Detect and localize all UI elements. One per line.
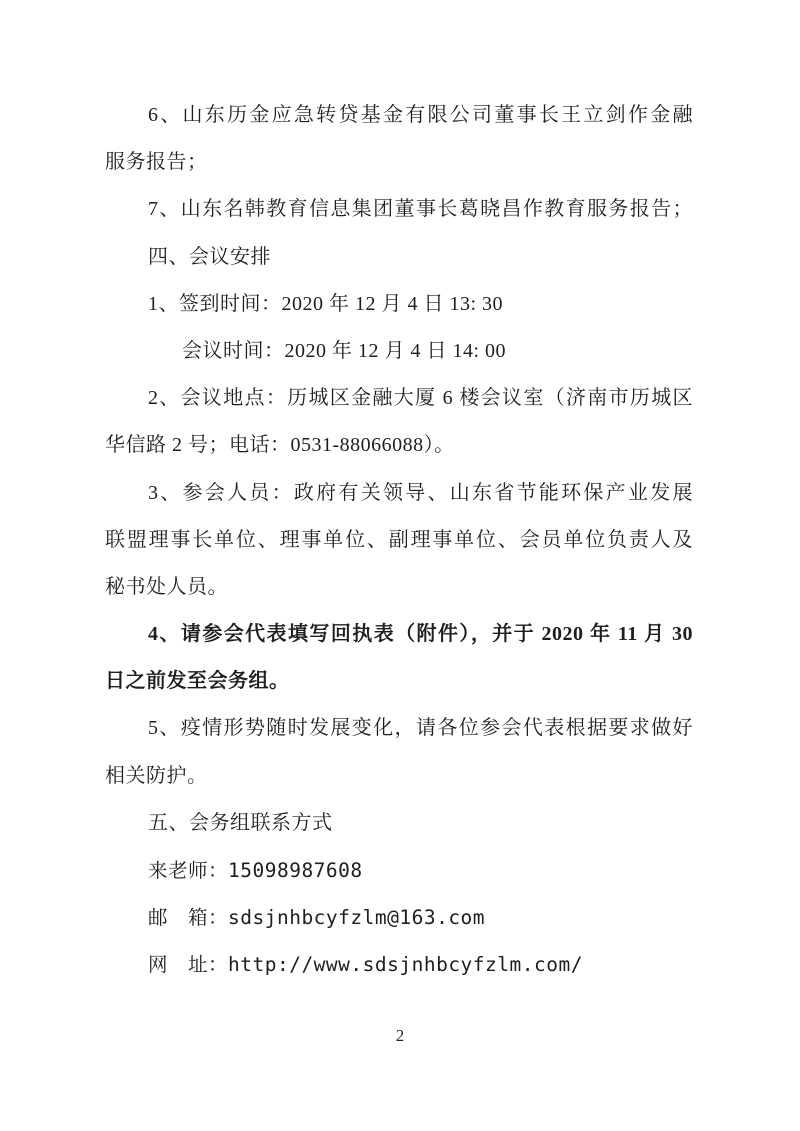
text-line: 1、签到时间：2020 年 12 月 4 日 13: 30 — [105, 281, 693, 328]
text-line: 5、疫情形势随时发展变化，请各位参会代表根据要求做好 — [105, 705, 693, 752]
text-line: 2、会议地点：历城区金融大厦 6 楼会议室（济南市历城区 — [105, 375, 693, 422]
page-number: 2 — [0, 1026, 800, 1046]
text-line-emphasized: 4、请参会代表填写回执表（附件），并于 2020 年 11 月 30 — [105, 611, 693, 658]
text-line: 服务报告； — [105, 139, 693, 186]
text-line: 相关防护。 — [105, 753, 693, 800]
contact-email-line: 邮 箱：sdsjnhbcyfzlm@163.com — [105, 894, 693, 941]
text-line: 6、山东历金应急转贷基金有限公司董事长王立剑作金融 — [105, 92, 693, 139]
text-line: 3、参会人员：政府有关领导、山东省节能环保产业发展 — [105, 470, 693, 517]
document-body: 6、山东历金应急转贷基金有限公司董事长王立剑作金融 服务报告； 7、山东名韩教育… — [105, 92, 693, 989]
contact-url-line: 网 址：http://www.sdsjnhbcyfzlm.com/ — [105, 941, 693, 988]
section-heading: 四、会议安排 — [105, 234, 693, 281]
section-heading: 五、会务组联系方式 — [105, 800, 693, 847]
text-line: 7、山东名韩教育信息集团董事长葛晓昌作教育服务报告； — [105, 186, 693, 233]
text-line-emphasized: 日之前发至会务组。 — [105, 658, 693, 705]
document-page: 6、山东历金应急转贷基金有限公司董事长王立剑作金融 服务报告； 7、山东名韩教育… — [0, 0, 800, 1131]
text-line: 会议时间：2020 年 12 月 4 日 14: 00 — [105, 328, 693, 375]
text-line: 华信路 2 号；电话：0531-88066088）。 — [105, 422, 693, 469]
text-line: 联盟理事长单位、理事单位、副理事单位、会员单位负责人及 — [105, 517, 693, 564]
contact-phone-line: 来老师：15098987608 — [105, 847, 693, 894]
text-line: 秘书处人员。 — [105, 564, 693, 611]
